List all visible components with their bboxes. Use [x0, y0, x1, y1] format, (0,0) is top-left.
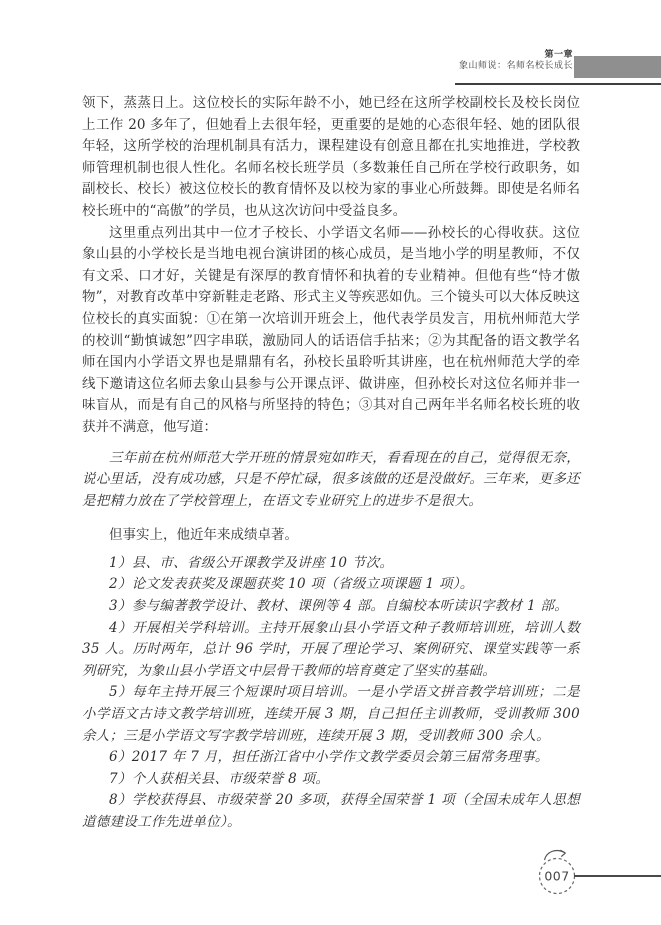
chapter-label: 第一章 [459, 50, 573, 61]
page-number-line [574, 875, 661, 877]
page-number: 007 [544, 869, 569, 884]
page-header: 第一章 象山师说：名师名校长成长 [459, 50, 573, 72]
paragraph-continuation: 领下，蒸蒸日上。这位校长的实际年龄不小，她已经在这所学校副校长及校长岗位上工作 … [82, 93, 580, 223]
body-text: 领下，蒸蒸日上。这位校长的实际年龄不小，她已经在这所学校副校长及校长岗位上工作 … [82, 93, 580, 834]
list-item: 5）每年主持开展三个短课时项目培训。一是小学语文拼音教学培训班；二是小学语文古诗… [82, 682, 580, 747]
header-gray-bar [574, 56, 661, 78]
book-page: 第一章 象山师说：名师名校长成长 领下，蒸蒸日上。这位校长的实际年龄不小，她已经… [0, 0, 661, 925]
block-quote: 三年前在杭州师范大学开班的情景宛如昨天，看看现在的自己，觉得很无奈，说心里话，没… [82, 448, 580, 513]
header-rule [455, 83, 661, 85]
list-item: 3）参与编著教学设计、教材、课例等 4 部。自编校本听读识字教材 1 部。 [82, 596, 580, 618]
list-item: 1）县、市、省级公开课教学及讲座 10 节次。 [82, 553, 580, 575]
arrow-head-icon [560, 850, 565, 856]
paragraph-profile: 这里重点列出其中一位才子校长、小学语文名师——孙校长的心得收获。这位象山县的小学… [82, 223, 580, 439]
list-item: 8）学校获得县、市级荣誉 20 多项，获得全国荣誉 1 项（全国未成年人思想道德… [82, 790, 580, 833]
list-item: 4）开展相关学科培训。主持开展象山县小学语文种子教师培训班，培训人数 35 人。… [82, 618, 580, 683]
list-item: 7）个人获相关县、市级荣誉 8 项。 [82, 769, 580, 791]
list-item: 6）2017 年 7 月，担任浙江省中小学作文教学委员会第三届常务理事。 [82, 747, 580, 769]
chapter-subtitle: 象山师说：名师名校长成长 [459, 61, 573, 72]
achievement-list: 1）县、市、省级公开课教学及讲座 10 节次。 2）论文发表获奖及课题获奖 10… [82, 553, 580, 834]
page-number-ornament: 007 [532, 847, 582, 897]
list-item: 2）论文发表获奖及课题获奖 10 项（省级立项课题 1 项）。 [82, 574, 580, 596]
paragraph-achievement-intro: 但事实上，他近年来成绩卓著。 [82, 525, 580, 547]
